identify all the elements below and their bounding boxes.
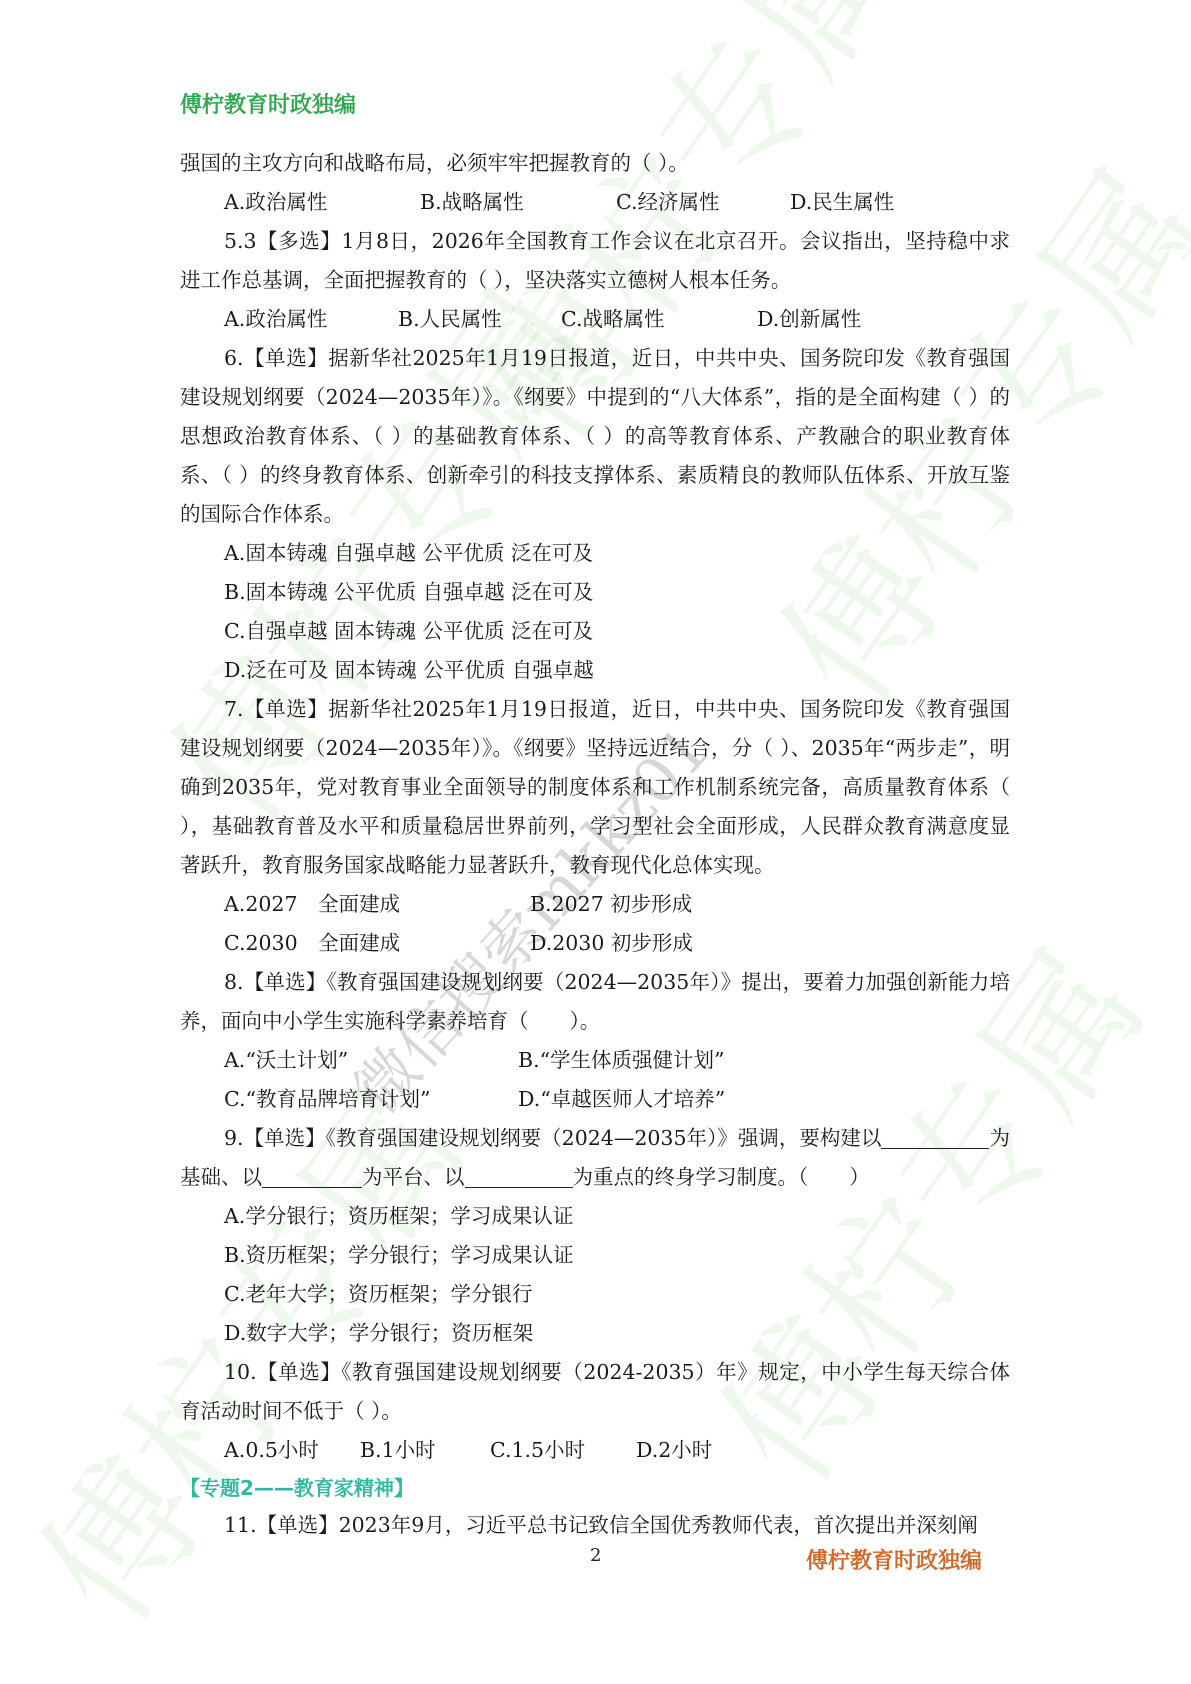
option: C.自强卓越 固本铸魂 公平优质 泛在可及 <box>180 612 1010 651</box>
option: B.固本铸魂 公平优质 自强卓越 泛在可及 <box>180 573 1010 612</box>
document-body: 强国的主攻方向和战略布局，必须牢牢把握教育的（ ）。 A.政治属性 B.战略属性… <box>180 144 1010 1545</box>
option: B.1小时 <box>360 1431 490 1470</box>
option: D.民生属性 <box>790 183 894 222</box>
question-text: 7.【单选】据新华社2025年1月19日报道，近日，中共中央、国务院印发《教育强… <box>180 690 1010 885</box>
option: D.2小时 <box>636 1431 712 1470</box>
fill-blank <box>262 1165 362 1188</box>
option: D.2030 初步形成 <box>530 924 693 963</box>
option: C.1.5小时 <box>490 1431 636 1470</box>
option: A.固本铸魂 自强卓越 公平优质 泛在可及 <box>180 534 1010 573</box>
question-text: 5.3【多选】1月8日，2026年全国教育工作会议在北京召开。会议指出，坚持稳中… <box>180 222 1010 300</box>
options-row: A.0.5小时 B.1小时 C.1.5小时 D.2小时 <box>180 1431 1010 1470</box>
option: B.“学生体质强健计划” <box>518 1041 725 1080</box>
section-title: 【专题2——教育家精神】 <box>180 1470 1010 1506</box>
options-row: A.2027 全面建成 B.2027 初步形成 <box>180 885 1010 924</box>
question-text: 10.【单选】《教育强国建设规划纲要（2024-2035）年》规定，中小学生每天… <box>180 1353 1010 1431</box>
option: C.战略属性 <box>561 300 757 339</box>
question-text-part: 为平台、以 <box>362 1165 465 1189</box>
option: A.0.5小时 <box>224 1431 360 1470</box>
question-text-part: 为重点的终身学习制度。（ ） <box>573 1165 870 1189</box>
question-text: 9.【单选】《教育强国建设规划纲要（2024—2035年）》强调，要构建以为基础… <box>180 1119 1010 1197</box>
option: B.战略属性 <box>420 183 616 222</box>
page-number: 2 <box>590 1545 601 1566</box>
options-row: C.2030 全面建成 D.2030 初步形成 <box>180 924 1010 963</box>
options-row: A.“沃土计划” B.“学生体质强健计划” <box>180 1041 1010 1080</box>
option: A.政治属性 <box>224 300 398 339</box>
question-text: 强国的主攻方向和战略布局，必须牢牢把握教育的（ ）。 <box>180 144 1010 183</box>
fill-blank <box>881 1126 989 1149</box>
option: A.政治属性 <box>224 183 420 222</box>
fill-blank <box>465 1165 573 1188</box>
question-text: 8.【单选】《教育强国建设规划纲要（2024—2035年）》提出，要着力加强创新… <box>180 963 1010 1041</box>
option: B.人民属性 <box>398 300 561 339</box>
options-row: A.政治属性 B.人民属性 C.战略属性 D.创新属性 <box>180 300 1010 339</box>
header-brand: 傅柠教育时政独编 <box>180 88 356 119</box>
option: D.创新属性 <box>757 300 861 339</box>
question-text-part: 9.【单选】《教育强国建设规划纲要（2024—2035年）》强调，要构建以 <box>224 1126 881 1150</box>
option: C.2030 全面建成 <box>224 924 530 963</box>
question-text: 11.【单选】2023年9月，习近平总书记致信全国优秀教师代表，首次提出并深刻阐 <box>180 1506 1010 1545</box>
option: C.老年大学；资历框架；学分银行 <box>180 1275 1010 1314</box>
option: D.数字大学；学分银行；资历框架 <box>180 1314 1010 1353</box>
option: D.泛在可及 固本铸魂 公平优质 自强卓越 <box>180 651 1010 690</box>
option: C.“教育品牌培育计划” <box>224 1080 518 1119</box>
option: C.经济属性 <box>616 183 790 222</box>
option: D.“卓越医师人才培养” <box>518 1080 725 1119</box>
options-row: A.政治属性 B.战略属性 C.经济属性 D.民生属性 <box>180 183 1010 222</box>
option: A.2027 全面建成 <box>224 885 530 924</box>
question-text: 6.【单选】据新华社2025年1月19日报道，近日，中共中央、国务院印发《教育强… <box>180 339 1010 534</box>
option: B.2027 初步形成 <box>530 885 692 924</box>
footer-brand: 傅柠教育时政独编 <box>806 1544 982 1575</box>
option: A.“沃土计划” <box>224 1041 518 1080</box>
option: A.学分银行；资历框架；学习成果认证 <box>180 1197 1010 1236</box>
option: B.资历框架；学分银行；学习成果认证 <box>180 1236 1010 1275</box>
options-row: C.“教育品牌培育计划” D.“卓越医师人才培养” <box>180 1080 1010 1119</box>
